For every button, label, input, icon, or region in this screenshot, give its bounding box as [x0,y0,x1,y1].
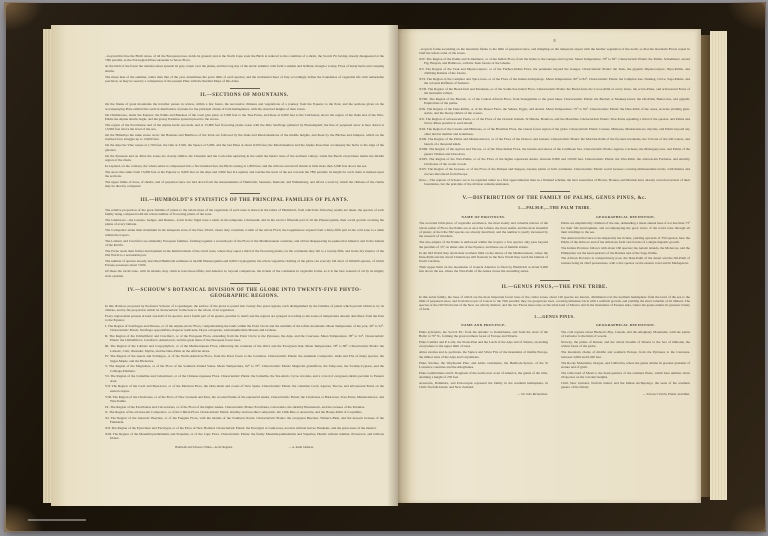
paragraph: On the Alps the Vine ceases at 1,700 fee… [105,143,384,152]
region-entry: VIII. The Region of the Cinchonas, or of… [105,395,384,404]
left-page: ...beyond this line the Birch alone, of … [51,25,398,506]
right-page: 8 ...tropical forms ascending on the mou… [398,29,701,503]
region-entry: XXI. The Region of the Cassias and Mimos… [419,127,690,136]
schouw-intro-paragraphs: In this division, proposed by Professor … [105,304,384,323]
region-entry: II. The Region of the Umbelliferæ and Cr… [105,334,384,343]
page-block-edge [701,35,710,497]
paragraph: On the Himalaya the same zones recur: th… [105,133,384,142]
region-entry: IV. The Region of the Asters and Solidag… [105,354,384,363]
worn-corner-top-left [4,2,44,32]
humboldt-paragraphs: The relative proportion of the great fam… [105,208,384,278]
region-entry: XXIII. The Region of the Agaves and Yucc… [419,147,690,156]
section-divider [540,191,570,192]
attribution-right: — Schouw's Earth, Plants, and Man. [561,392,690,396]
region-entry: VII. The Region of the Cacti and Piperac… [105,384,384,393]
regions-continuation: ...tropical forms ascending on the mount… [419,47,690,56]
paragraph: In this division, proposed by Professor … [105,304,384,313]
section-heading-palms: V.—DISTRIBUTION OF THE FAMILY OF PALMS, … [423,196,686,202]
worn-corner-bottom-right [726,502,766,532]
palms-definition-paragraphs: Palms are emphatically children of the s… [561,221,690,265]
paragraph: The Labiatæ and Cruciferæ are eminently … [105,239,384,248]
paragraph: The African Province is comparatively po… [561,256,690,265]
paragraph: The region of the Escallonias and of the… [105,123,384,132]
region-entry: XV. The Region of the Teak and Dipteroca… [419,67,690,76]
paragraph: The recorded birth-place of vegetable ex… [419,221,548,238]
paragraph: Of these the torrid zone, with its islan… [105,269,384,278]
paragraph: On Chimborazo, under the Equator, the Pa… [105,113,384,122]
region-entry: XII. The Region of the Epacrideæ and Euc… [105,426,384,430]
left-page-footer: Humboldt and Schouw's Tables—Arctic Regi… [105,446,384,450]
paragraph: In this noble family, the trees of which… [419,295,690,312]
region-entries-continued: XIV. The Region of the Palms and Scitami… [419,57,690,186]
paragraph: The Ferns reach their fullest developmen… [105,249,384,258]
paragraph: Pinus Lambertiana and P. Douglasii of th… [419,371,548,380]
region-entry: IX. The Region of the Escallonias and Ca… [105,405,384,409]
region-entry: XVIII. The Region of the Baobab, or of t… [419,97,690,106]
paragraph: The true empire of the Palms is embraced… [419,240,548,249]
section-divider [540,280,570,281]
paragraph: Abies excelsa and A. pectinata, the Spru… [419,350,548,359]
continuation-paragraphs: ...beyond this line the Birch alone, of … [105,54,384,83]
paragraph: On the Pyrenees and on Ætna the zones ar… [105,154,384,163]
page-edges-left [43,29,51,503]
paragraph: On the flanks of great mountains the tra… [105,102,384,111]
pines-name-paragraphs: Pinus sylvestris, the Scotch Fir: from t… [419,330,548,390]
paragraph: Pinus Strobus, the Weymouth Pine, and Ab… [419,361,548,370]
palms-definition-column: GEOGRAPHICAL DEFINITION. Palms are empha… [561,214,690,276]
section-divider [230,88,260,89]
palms-name-column: NAME OF PROVINCES. The recorded birth-pl… [419,214,548,276]
paragraph: The mountain chains of middle and southe… [561,350,690,359]
pines-definition-column: GEOGRAPHICAL DEFINITION. The cold region… [561,322,690,396]
paragraph: Chili, New Zealand, Norfolk Island, and … [561,381,690,390]
region-entry: XVI. The Region of the Camphor and Spice… [419,77,690,86]
paragraph: The Compositæ attain their maximum in th… [105,228,384,237]
region-entry: XXIV. The Region of the Wax-Palms, or of… [419,157,690,166]
palms-columns: NAME OF PROVINCES. The recorded birth-pl… [419,214,690,276]
region-entry: V. The Region of the Magnolias, or of th… [105,364,384,373]
region-entry: XIII. The Region of the Mesembryanthemum… [105,432,384,441]
attribution-left: — Sir John Richardson. [419,392,548,396]
name-column-header: NAME AND PROVINCE. [419,323,548,327]
paragraph: The Glumaceæ—the Grasses, Sedges, and Ru… [105,218,384,227]
region-entry: XIX. The Region of the Date-Palms, or of… [419,107,690,116]
page-number: 8 [419,38,690,43]
footer-note-left: Humboldt and Schouw's Tables—Arctic Regi… [175,446,233,450]
paragraph: Palms are emphatically children of the s… [561,221,690,234]
paragraph: Norway, the plains of Russia, and the wh… [561,340,690,349]
fore-edge-stack [710,31,727,500]
region-entry: XVII. The Region of the Bread-fruit and … [419,87,690,96]
subheading-genus-pinus: 1.—GENUS PINUS. [419,314,690,319]
book-photo: ...beyond this line the Birch alone, of … [0,0,768,536]
region-entries: I. The Region of Saxifrages and Mosses, … [105,324,384,440]
palms-name-paragraphs: The recorded birth-place of vegetable ex… [419,221,548,273]
paragraph: The snow-line sinks from 15,800 feet at … [105,170,384,179]
paragraph: The Indian Province follows with about 1… [561,246,690,255]
section-heading-pines: II.—GENUS PINUS,—THE PINE TRIBE. [423,285,686,291]
paragraph: Araucaria, Dammara, and Podocarpus repre… [419,381,548,390]
subheading-palmae: 1.—PALMÆ,—THE PALM TRIBE. [419,205,690,210]
left-page-text: ...beyond this line the Birch alone, of … [51,25,398,506]
paragraph: In Lapland, on the contrary, the whole s… [105,164,384,168]
paragraph: Pinus sylvestris, the Scotch Fir: from t… [419,330,548,339]
region-entry: I. The Region of Saxifrages and Mosses, … [105,324,384,333]
region-entry: XXV. The Region of the Grasses, or of th… [419,167,690,176]
name-column-header: NAME OF PROVINCES. [419,215,548,219]
definition-column-header: GEOGRAPHICAL DEFINITION. [561,215,690,219]
section-divider [230,283,260,284]
paragraph: The cold regions about Hudson's Bay, Can… [561,330,690,339]
paragraph: The number of species already described … [105,259,384,268]
footer-note-right: — A. Keith Johnston. [289,446,314,450]
shelf-mark [28,519,86,521]
region-entry: VI. The Region of the Camellias and Cela… [105,374,384,383]
section-divider [230,193,260,194]
region-entry: Note.—The regions of Schouw are to be re… [419,178,690,187]
pines-definition-paragraphs: The cold regions about Hudson's Bay, Can… [561,330,690,390]
paragraph: The upper limits of trees, of shrubs, an… [105,180,384,189]
paragraph: Their upper limit on the mountains of tr… [419,265,548,274]
section-heading-schouw: IV.—SCHOUW'S BOTANICAL DIVISION OF THE G… [109,288,380,301]
worn-corner-top-right [726,2,766,32]
mountains-paragraphs: On the flanks of great mountains the tra… [105,102,384,188]
pines-columns: NAME AND PROVINCE. Pinus sylvestris, the… [419,322,690,396]
paragraph: The American Province is incomparably th… [561,236,690,245]
section-heading-mountains: II.—SECTIONS OF MOUNTAINS. [109,93,380,99]
paragraph: ...beyond this line the Birch alone, of … [105,54,384,63]
region-entry: X. The Region of the arborescent Composi… [105,410,384,414]
region-entry: XIV. The Region of the Palms and Scitami… [419,57,690,66]
region-entry: XXII. The Region of the Palms and Melast… [419,137,690,146]
paragraph: The table-land of Mexico, the head-quart… [561,371,690,380]
region-entry: XI. The Region of the Antarctic Beeches,… [105,416,384,425]
paragraph: At the limit of the forest the reindeer-… [105,64,384,73]
paragraph: The mean heat of the summer, rather than… [105,75,384,84]
section-heading-humboldt: III.—HUMBOLDT'S STATISTICS OF THE PRINCI… [109,198,380,204]
paragraph: Pinus Cembra and P. Larix, the Stone-Pin… [419,340,548,349]
definition-column-header: GEOGRAPHICAL DEFINITION. [561,323,690,327]
region-entry: XX. The Region of arborescent Ferns, or … [419,117,690,126]
pines-intro-paragraphs: In this noble family, the trees of which… [419,295,690,312]
paragraph: The Rocky Mountains, Oregon, and Califor… [561,361,690,370]
paragraph: In the Old World they attain their north… [419,251,548,264]
paragraph: Every region must possess at least one-h… [105,314,384,323]
worn-corner-bottom-left [4,502,44,532]
region-entry: III. The Region of the Labiatæ and Caryo… [105,344,384,353]
pines-name-column: NAME AND PROVINCE. Pinus sylvestris, the… [419,322,548,396]
right-page-text: 8 ...tropical forms ascending on the mou… [398,29,701,503]
paragraph: The relative proportion of the great fam… [105,208,384,217]
